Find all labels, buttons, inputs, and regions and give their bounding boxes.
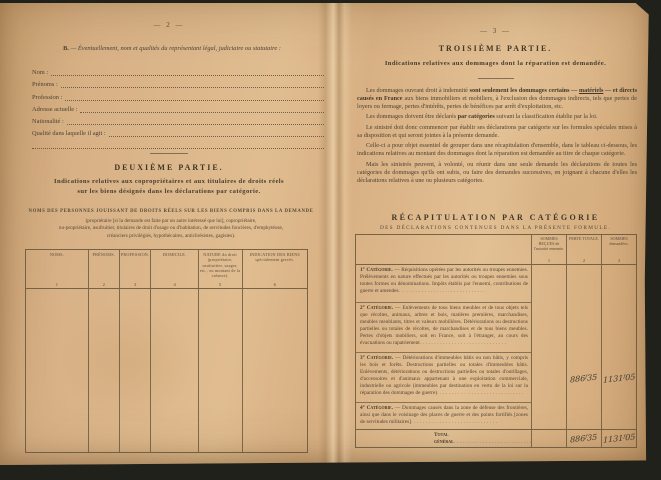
money-column-label: SOMMES demandées. [603, 237, 635, 247]
field-dotted-line [32, 139, 324, 149]
field-row: Prénoms : [32, 76, 324, 88]
money-column-label: SOMMES REÇUES de l'autorité ennemie. [533, 237, 565, 252]
field-row [32, 137, 324, 149]
field-row: Nom : [32, 64, 324, 76]
paragraph: Les dommages ouvrant droit à indemnité s… [357, 87, 637, 111]
column-number: 1 [27, 282, 87, 287]
handwritten-amount: 886ᶠ35 [570, 372, 597, 384]
column-header: PRÉNOMS.2 [88, 250, 119, 288]
recap-title: RÉCAPITULATION PAR CATÉGORIE [345, 213, 646, 222]
field-label: Prénoms : [32, 81, 61, 88]
section-b-heading: B. — Éventuellement, nom et qualités du … [24, 45, 320, 52]
rights-holders-table: NOMS.1PRÉNOMS.2PROFESSION.3DOMICILE.4NAT… [25, 249, 308, 453]
rights-holders-table-header: NOMS.1PRÉNOMS.2PROFESSION.3DOMICILE.4NAT… [26, 250, 307, 289]
amount-cell [531, 353, 566, 403]
note-line: nu-propriétaire, usufruitier, titulaires… [18, 225, 324, 232]
handwritten-amount: 1131ᶠ05 [603, 372, 635, 384]
column-number: 2 [90, 282, 118, 287]
total-amount-cell: 886ᶠ35 [566, 430, 601, 447]
recap-total-cell: Total général...........................… [356, 430, 531, 447]
table-empty-cell [150, 289, 197, 452]
paragraph: Celle-ci a pour objet essentiel de group… [357, 142, 637, 158]
table-empty-cell [88, 289, 119, 452]
recap-header-spacer [356, 235, 531, 264]
divider-rule [150, 153, 188, 154]
handwritten-total-amount: 886ᶠ35 [570, 433, 597, 445]
column-header-label: PRÉNOMS. [90, 252, 118, 257]
identity-fields: Nom :Prénoms :Profession :Adresse actuel… [32, 64, 324, 149]
dotted-leader: .............................. [411, 419, 499, 425]
money-column-number: 2 [583, 258, 585, 263]
column-header-label: DOMICILE. [152, 252, 196, 257]
money-column-header: SOMMES REÇUES de l'autorité ennemie.1 [531, 235, 566, 264]
field-dotted-line [65, 91, 324, 101]
amount-cell [531, 403, 566, 429]
part2-subtitle-line2: sur les biens désignés dans les déclarat… [10, 188, 328, 195]
dotted-leader: .............................. [420, 340, 508, 346]
amount-cell [531, 265, 566, 303]
paragraph-segment: sont seulement les dommages certains [470, 87, 570, 94]
column-number: 4 [152, 282, 196, 287]
recap-table: SOMMES REÇUES de l'autorité ennemie.1PER… [355, 234, 637, 448]
field-row: Adresse actuelle : [32, 101, 324, 113]
section-b-text: — Éventuellement, nom et qualités du rep… [71, 45, 281, 52]
column-header-label: NATURE du droit (propriétaire, usufruiti… [200, 252, 241, 278]
column-header-label: PROFESSION. [121, 252, 150, 257]
category-row: 4° Catégorie. — Dommages causés dans la … [356, 403, 636, 429]
note-line: créanciers privilégiés, hypothécaires, a… [18, 233, 324, 240]
column-header: INDICATION DES BIENS spécialement grevés… [242, 250, 307, 288]
field-label: Nom : [32, 69, 51, 76]
dotted-leader: .............................. [399, 288, 487, 294]
right-page: — 3 — TROISIÈME PARTIE. Indications rela… [345, 3, 646, 463]
amount-cell [601, 403, 636, 429]
amount-cell: 886ᶠ35 [566, 353, 601, 403]
total-amount-cell [531, 430, 566, 447]
paragraph-segment: — [570, 87, 579, 94]
paragraph-segment: Mais les sinistrés peuvent, à volonté, o… [357, 161, 637, 184]
money-column-number: 3 [618, 258, 620, 263]
part2-subtitle-line1: Indications relatives aux copropriétaire… [10, 178, 328, 185]
paragraph-segment: suivant la classification établie par la… [495, 113, 598, 120]
paragraph-segment: Le sinistré doit donc commencer par étab… [357, 124, 637, 139]
table-empty-cell [119, 289, 151, 452]
category-label: 3° Catégorie. [360, 355, 393, 361]
handwritten-total-amount: 1131ᶠ05 [603, 432, 635, 444]
paragraph-segment: Celle-ci a pour objet essentiel de group… [357, 142, 637, 157]
divider-rule [478, 78, 514, 79]
amount-cell [531, 303, 566, 353]
note-heading: NOMS DES PERSONNES JOUISSANT DE DROITS R… [20, 209, 322, 214]
category-label: 2° Catégorie. [360, 305, 393, 311]
column-header: DOMICILE.4 [150, 250, 197, 288]
field-row: Profession : [32, 88, 324, 100]
category-text-cell: 4° Catégorie. — Dommages causés dans la … [356, 403, 531, 429]
left-page: — 2 — B. — Éventuellement, nom et qualit… [10, 3, 328, 463]
recap-total-row: Total général...........................… [356, 429, 636, 447]
money-column-header: PERTE TOTALE.2 [566, 235, 601, 264]
scanned-form-spread: — 2 — B. — Éventuellement, nom et qualit… [0, 0, 661, 480]
column-number: 5 [200, 282, 241, 287]
paragraph-segment: par catégories [458, 113, 495, 120]
paragraph: Mais les sinistrés peuvent, à volonté, o… [357, 161, 637, 185]
dotted-leader: ....................................... [454, 439, 531, 445]
field-label: Profession : [32, 94, 65, 101]
category-text-cell: 1° Catégorie. — Réquisitions opérées par… [356, 265, 531, 303]
section-b-letter: B. [63, 45, 69, 52]
amount-cell [566, 303, 601, 353]
field-row: Nationalité : [32, 113, 324, 125]
total-amount-cell: 1131ᶠ05 [601, 430, 636, 447]
paragraph-segment: Les dommages doivent être déclarés [366, 113, 458, 120]
paragraph-segment: matériels [579, 87, 603, 94]
field-label: Adresse actuelle : [32, 106, 80, 113]
field-label: Qualité dans laquelle il agit : [32, 130, 109, 137]
amount-cell [566, 403, 601, 429]
amount-cell: 1131ᶠ05 [601, 353, 636, 403]
paragraph-segment: — [603, 87, 612, 94]
column-header: PROFESSION.3 [119, 250, 151, 288]
recap-table-rows: 1° Catégorie. — Réquisitions opérées par… [356, 265, 636, 429]
money-column-label: PERTE TOTALE. [569, 237, 599, 242]
part3-paragraphs: Les dommages ouvrant droit à indemnité s… [357, 87, 637, 211]
amount-cell [601, 265, 636, 303]
page-number-left: — 2 — [10, 21, 328, 29]
field-row: Qualité dans laquelle il agit : [32, 125, 324, 137]
total-label: Total général [434, 432, 454, 445]
category-row: 1° Catégorie. — Réquisitions opérées par… [356, 265, 636, 303]
table-empty-cell [198, 289, 242, 452]
money-column-header: SOMMES demandées.3 [601, 235, 636, 264]
dotted-leader: .............................. [437, 390, 525, 396]
paragraph: Le sinistré doit donc commencer par étab… [357, 124, 637, 140]
paragraph: Les dommages doivent être déclarés par c… [357, 113, 637, 121]
rights-holders-table-body [26, 289, 307, 452]
column-header-label: NOMS. [27, 252, 87, 257]
money-column-number: 1 [548, 258, 550, 263]
field-dotted-line [80, 103, 324, 113]
table-empty-cell [26, 289, 88, 452]
field-dotted-line [109, 127, 324, 137]
paragraph-segment: Les dommages ouvrant droit à indemnité [366, 87, 470, 94]
category-row: 2° Catégorie. — Enlèvements de tous bien… [356, 303, 636, 353]
note-lines: (propriétaire [si la demande est faite p… [18, 218, 324, 240]
table-empty-cell [242, 289, 307, 452]
category-row: 3° Catégorie. — Détériorations d'immeubl… [356, 353, 636, 403]
column-number: 3 [121, 282, 150, 287]
recap-subtitle: DES DÉCLARATIONS CONTENUES DANS LA PRÉSE… [345, 225, 646, 231]
field-dotted-line [51, 66, 324, 76]
category-text-cell: 3° Catégorie. — Détériorations d'immeubl… [356, 353, 531, 403]
page-number-right: — 3 — [345, 27, 646, 35]
amount-cell [601, 303, 636, 353]
field-dotted-line [61, 78, 324, 88]
column-header-label: INDICATION DES BIENS spécialement grevés… [244, 252, 306, 263]
recap-table-header: SOMMES REÇUES de l'autorité ennemie.1PER… [356, 235, 636, 265]
part3-subtitle: Indications relatives aux dommages dont … [345, 60, 646, 67]
column-header: NOMS.1 [26, 250, 88, 288]
category-label: 1° Catégorie. [360, 267, 393, 273]
amount-cell [566, 265, 601, 303]
column-header: NATURE du droit (propriétaire, usufruiti… [198, 250, 242, 288]
part2-title: DEUXIÈME PARTIE. [10, 163, 328, 172]
category-label: 4° Catégorie. [360, 405, 393, 411]
field-label: Nationalité : [32, 118, 67, 125]
category-text-cell: 2° Catégorie. — Enlèvements de tous bien… [356, 303, 531, 353]
field-dotted-line [67, 115, 324, 125]
column-number: 6 [244, 282, 306, 287]
part3-title: TROISIÈME PARTIE. [345, 44, 646, 53]
